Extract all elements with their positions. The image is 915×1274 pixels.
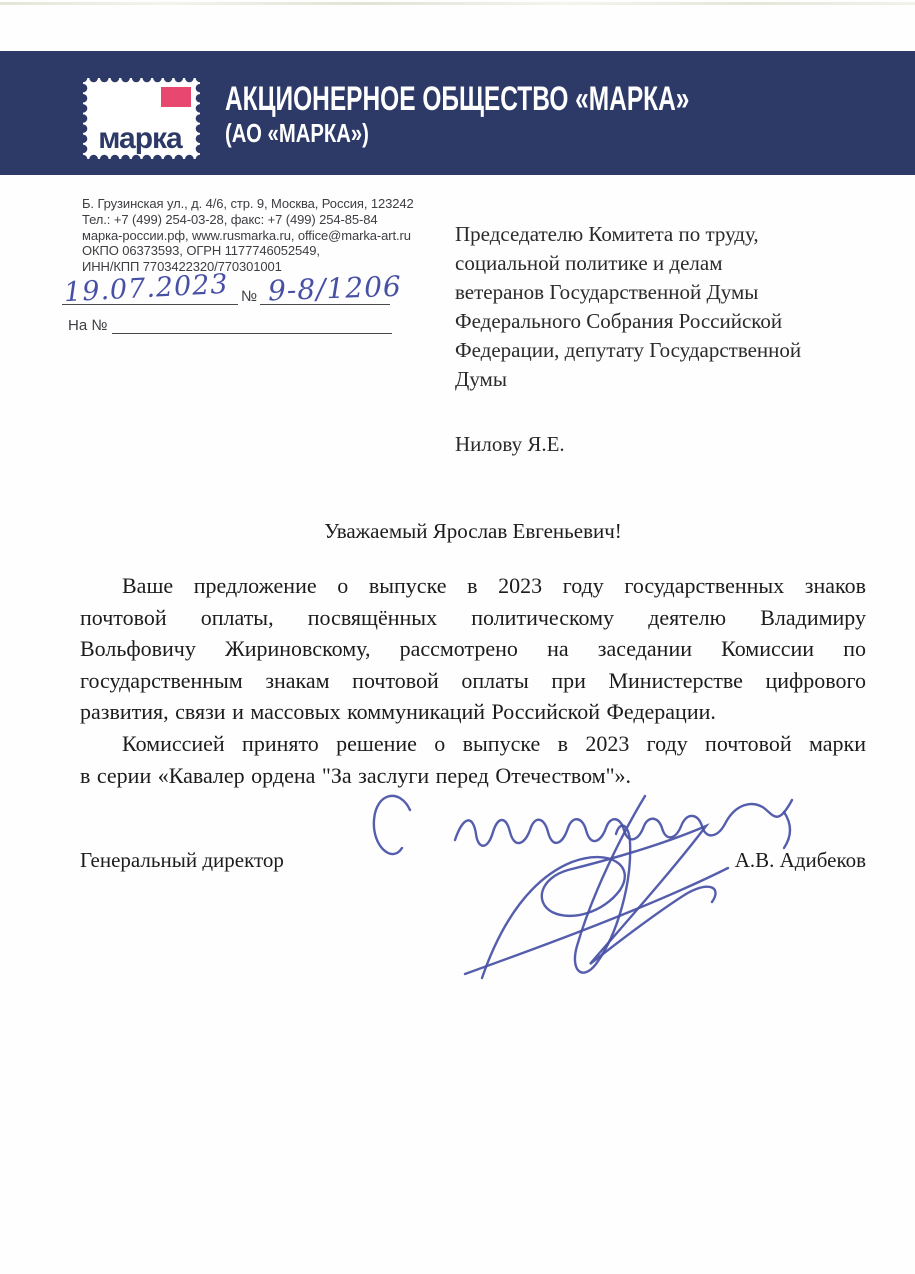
letter-body: Уважаемый Ярослав Евгеньевич! Ваше предл…: [80, 519, 866, 791]
handwritten-letter-c: [374, 796, 410, 854]
recipient-line: Федерального Собрания Российской: [455, 307, 885, 336]
number-sign-label: №: [241, 288, 257, 305]
recipient-line: Думы: [455, 365, 885, 394]
company-name: АКЦИОНЕРНОЕ ОБЩЕСТВО «МАРКА»: [225, 82, 689, 116]
stamp-logo-text: марка: [83, 124, 197, 154]
reply-to-label: На №: [68, 317, 107, 334]
address-line: Тел.: +7 (499) 254-03-28, факс: +7 (499)…: [82, 212, 414, 228]
body-line: почтовой оплаты, посвящённых политическо…: [80, 602, 866, 634]
letterhead-banner: марка АКЦИОНЕРНОЕ ОБЩЕСТВО «МАРКА» (АО «…: [0, 51, 915, 175]
recipient-name: Нилову Я.Е.: [455, 430, 885, 459]
handwritten-outgoing-number: 9-8/1206: [267, 270, 402, 308]
marka-stamp-logo: марка: [83, 78, 200, 159]
body-line: Комиссией принято решение о выпуске в 20…: [80, 728, 866, 760]
scan-edge-artifact: [0, 2, 915, 5]
body-line: развития, связи и массовых коммуникаций …: [80, 696, 866, 728]
scanned-letter-page: марка АКЦИОНЕРНОЕ ОБЩЕСТВО «МАРКА» (АО «…: [0, 0, 915, 1274]
company-short-name: (АО «МАРКА»): [225, 118, 369, 148]
body-line: государственным знакам почтовой оплаты п…: [80, 665, 866, 697]
address-line: марка-россии.рф, www.rusmarka.ru, office…: [82, 228, 414, 244]
salutation: Уважаемый Ярослав Евгеньевич!: [80, 519, 866, 544]
number-underline: [260, 303, 390, 305]
company-titles: АКЦИОНЕРНОЕ ОБЩЕСТВО «МАРКА» (АО «МАРКА»…: [225, 82, 870, 148]
date-underline: [62, 303, 238, 305]
reply-underline: [112, 332, 392, 334]
company-address-block: Б. Грузинская ул., д. 4/6, стр. 9, Москв…: [82, 196, 414, 275]
recipient-line: Председателю Комитета по труду,: [455, 220, 885, 249]
handwritten-note-scrawl: [455, 800, 792, 846]
body-line: Вольфовичу Жириновскому, рассмотрено на …: [80, 633, 866, 665]
recipient-line: ветеранов Государственной Думы: [455, 278, 885, 307]
recipient-line: социальной политике и делам: [455, 249, 885, 278]
recipient-block: Председателю Комитета по труду, социальн…: [455, 220, 885, 459]
signer-position: Генеральный директор: [80, 848, 284, 873]
address-line: Б. Грузинская ул., д. 4/6, стр. 9, Москв…: [82, 196, 414, 212]
stamp-pink-square: [161, 87, 191, 107]
address-line: ОКПО 06373593, ОГРН 1177746052549,: [82, 243, 414, 259]
body-line: Ваше предложение о выпуске в 2023 году г…: [80, 570, 866, 602]
recipient-line: Федерации, депутату Государственной: [455, 336, 885, 365]
handwritten-comma: [784, 812, 790, 848]
handwritten-signature: [340, 772, 820, 1002]
